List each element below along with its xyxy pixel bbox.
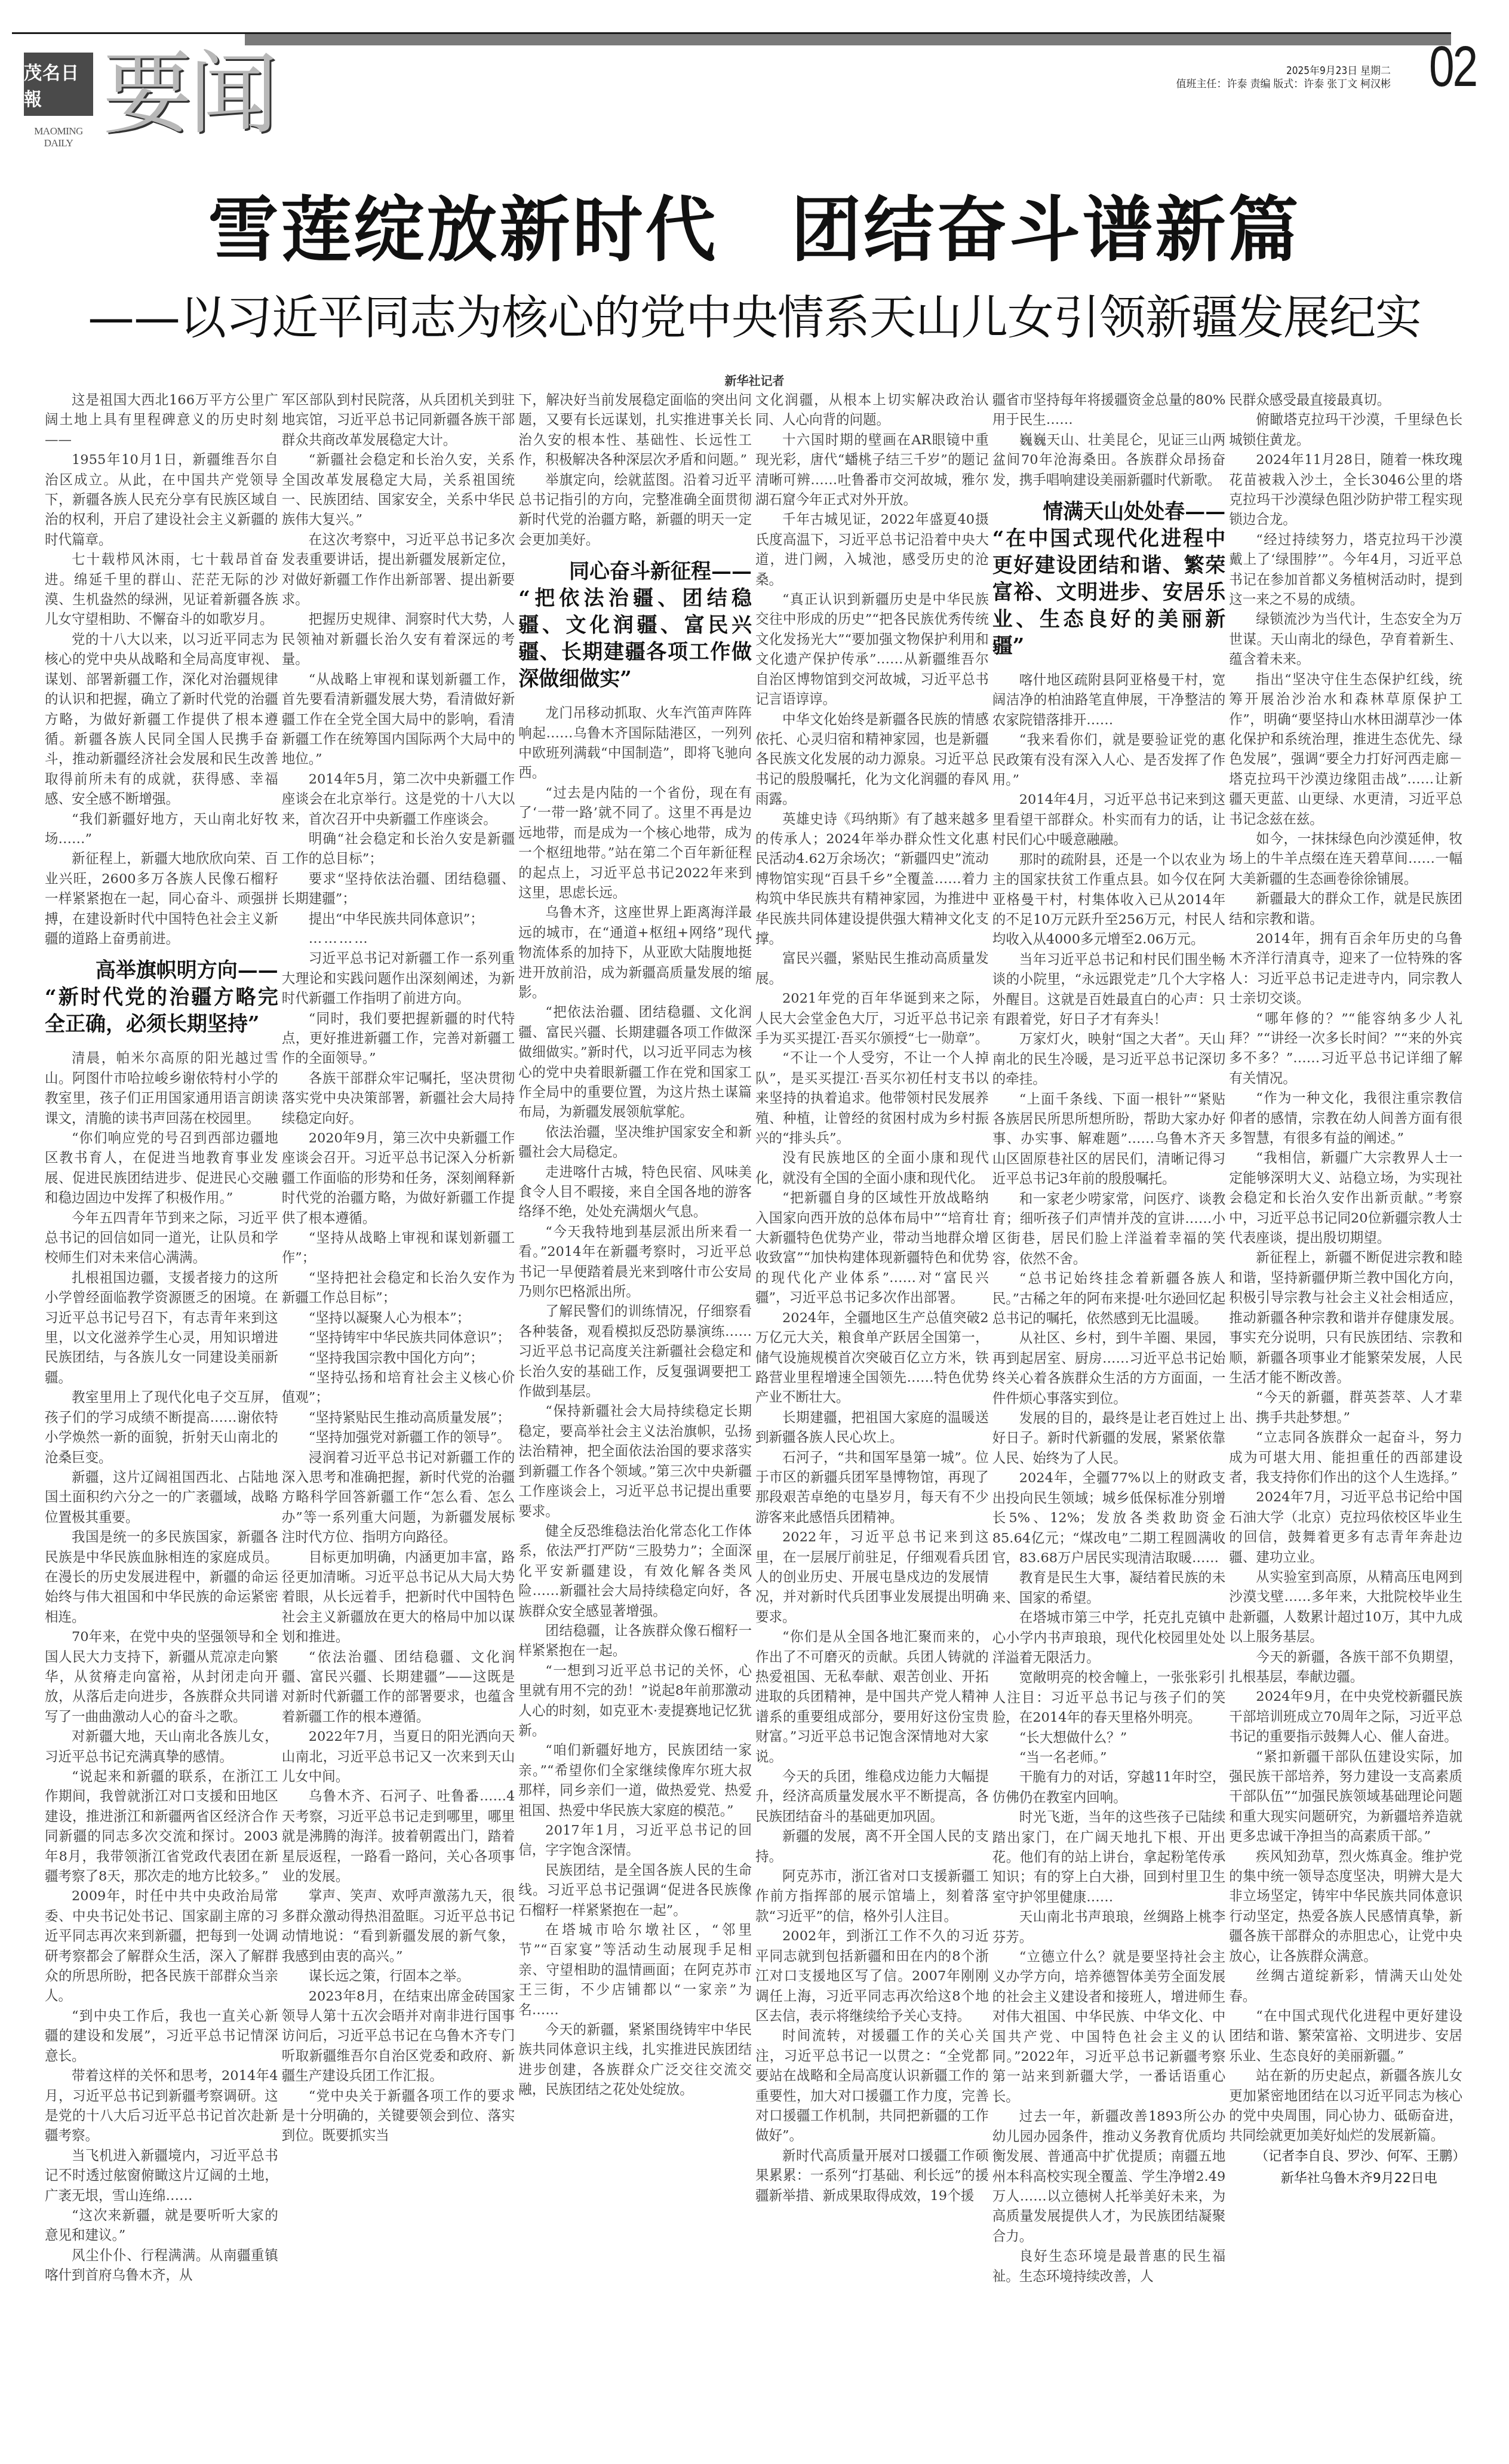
paragraph: 2014年，拥有百余年历史的乌鲁木齐洋行清真寺，迎来了一位特殊的客人：习近平总书… xyxy=(1229,929,1462,1009)
paragraph: “坚持把社会稳定和长治久安作为新疆工作总目标”； xyxy=(282,1268,515,1308)
paragraph: 新疆最大的群众工作，就是民族团结和宗教和谐。 xyxy=(1229,889,1462,929)
paragraph: 今年五四青年节到来之际，习近平总书记的回信如同一道光，让队员和学校师生们对未来信… xyxy=(45,1209,278,1268)
paragraph: 民群众感受最直接最真切。 xyxy=(1229,391,1462,410)
paragraph: 新征程上，新疆大地欣欣向荣、百业兴旺，2600多万各族人民像石榴籽一样紧紧抱在一… xyxy=(45,849,278,949)
paragraph: 下，解决好当前发展稳定面临的突出问题，又要有长远谋划，扎实推进事关长治久安的根本… xyxy=(518,391,752,471)
article-column-3: 下，解决好当前发展稳定面临的突出问题，又要有长远谋划，扎实推进事关长治久安的根本… xyxy=(517,391,754,2433)
paragraph: 走进喀什古城，特色民宿、风味美食令人目不暇接，来自全国各地的游客络绎不绝，处处充… xyxy=(518,1163,752,1222)
paragraph: 绿锁流沙为当代计，生态安全为万世谋。天山南北的绿色，孕育着新生、蕴含着未来。 xyxy=(1229,610,1462,669)
paragraph: 2024年，全疆77%以上的财政支出投向民生领域；城乡低保标准分别增长5%、12… xyxy=(992,1468,1226,1568)
paragraph: 干脆有力的对话，穿越11年时空，仿佛仍在教室内回响。 xyxy=(992,1768,1226,1808)
paragraph: 丝绸古道绽新彩，情满天山处处春。 xyxy=(1229,1967,1462,2007)
paragraph: 长期建疆，把祖国大家庭的温暖送到新疆各族人民心坎上。 xyxy=(755,1408,989,1448)
paragraph: 提出“中华民族共同体意识”； xyxy=(282,910,515,929)
paragraph: 没有民族地区的全面小康和现代化，就没有全国的全面小康和现代化。 xyxy=(755,1148,989,1188)
paragraph: 举旗定向，绘就蓝图。沿着习近平总书记指引的方向，完整准确全面贯彻新时代党的治疆方… xyxy=(518,471,752,551)
paragraph: 疆省市坚持每年将援疆资金总量的80%用于民生…… xyxy=(992,391,1226,431)
paragraph: 阿克苏市，浙江省对口支援新疆工作前方指挥部的展示馆墙上，刻着落款“习近平”的信，… xyxy=(755,1867,989,1927)
paragraph: 中华文化始终是新疆各民族的情感依托、心灵归宿和精神家园，也是新疆各民族文化发展的… xyxy=(755,710,989,810)
paragraph: 各族干部群众牢记嘱托，坚决贯彻落实党中央决策部署，新疆社会大局持续稳定向好。 xyxy=(282,1069,515,1129)
article-headline: 雪莲绽放新时代 团结奋斗谱新篇 xyxy=(0,191,1509,269)
section-heading: 情满天山处处春——“在中国式现代化进程中更好建设团结和谐、繁荣富裕、文明进步、安… xyxy=(992,499,1226,660)
logo-english: MAOMING DAILY xyxy=(24,125,93,149)
paragraph: 十六国时期的壁画在AR眼镜中重现光彩，唐代“蟠桃子结三千岁”的题记清晰可辨……吐… xyxy=(755,431,989,511)
paragraph: 2020年9月，第三次中央新疆工作座谈会召开。习近平总书记深入分析新疆工作面临的… xyxy=(282,1129,515,1228)
paragraph: 2024年，全疆地区生产总值突破2万亿元大关，粮食单产跃居全国第一，储气设施规模… xyxy=(755,1308,989,1408)
paragraph: 疾风知劲草，烈火炼真金。维护党的集中统一领导态度坚决，明辨大是大非立场坚定，铸牢… xyxy=(1229,1847,1462,1967)
masthead: 茂名日報 MAOMING DAILY 要闻 2025年9月23日 星期二 值班主… xyxy=(0,0,1509,143)
paragraph: 指出“坚决守住生态保护红线，统筹开展治沙治水和森林草原保护工作”，明确“要坚持山… xyxy=(1229,670,1462,829)
paragraph: “把依法治疆、团结稳疆、文化润疆、富民兴疆、长期建疆各项工作做深做细做实。”新时… xyxy=(518,1003,752,1122)
paragraph: “党中央关于新疆各项工作的要求是十分明确的，关键要领会到位、落实到位。既要抓实当 xyxy=(282,2087,515,2146)
paragraph: “同时，我们要把握新疆的时代特点，更好推进新疆工作，完善对新疆工作的全面领导。” xyxy=(282,1009,515,1069)
section-heading-quote: “新时代党的治疆方略完全正确，必须长期坚持” xyxy=(45,985,278,1036)
paragraph: 时间流转，对援疆工作的关心关注，习近平总书记一以贯之：“全党都要站在战略和全局高… xyxy=(755,2026,989,2146)
paragraph: 掌声、笑声、欢呼声激荡九天，很多群众激动得热泪盈眶。习近平总书记动情地说：“看到… xyxy=(282,1887,515,1967)
paragraph: “总书记始终挂念着新疆各族人民。”古稀之年的阿布来提·吐尔逊回忆起总书记的嘱托，… xyxy=(992,1269,1226,1329)
paragraph: 在塔城市哈尔墩社区，“邻里节”“百家宴”等活动生动展现手足相亲、守望相助的温情画… xyxy=(518,1921,752,2020)
paragraph: 当年习近平总书记和村民们围坐畅谈的小院里，“永远跟党走”几个大字格外醒目。这就是… xyxy=(992,950,1226,1030)
logo-text: 茂名日報 xyxy=(24,58,93,110)
paragraph: “坚持加强党对新疆工作的领导”。 xyxy=(282,1428,515,1448)
paragraph: 目标更加明确，内涵更加丰富，路径更加清晰。习近平总书记从大局大势着眼，从长远着手… xyxy=(282,1548,515,1648)
paragraph: “你们是从全国各地汇聚而来的，作出了不可磨灭的贡献。兵团人铸就的热爱祖国、无私奉… xyxy=(755,1627,989,1767)
paragraph: 和一家老少唠家常，问医疗、谈教育；细听孩子们声情并茂的宣讲……小区街巷，居民们脸… xyxy=(992,1190,1226,1270)
paragraph: 2002年，到浙江工作不久的习近平同志就到包括新疆和田在内的8个浙江对口支援地区… xyxy=(755,1927,989,2026)
paragraph: 富民兴疆，紧贴民生推动高质量发展。 xyxy=(755,949,989,989)
paragraph: 带着这样的关怀和思考，2014年4月，习近平总书记到新疆考察调研。这是党的十八大… xyxy=(45,2066,278,2146)
paragraph: 在这次考察中，习近平总书记多次发表重要讲话，提出新疆发展新定位，对做好新疆工作作… xyxy=(282,530,515,610)
paragraph: 文化润疆，从根本上切实解决政治认同、人心向背的问题。 xyxy=(755,391,989,431)
paragraph: 2009年，时任中共中央政治局常委、中央书记处书记、国家副主席的习近平同志再次来… xyxy=(45,1887,278,2006)
paragraph: “立德立什么？就是要坚持社会主义办学方向，培养德智体美劳全面发展的社会主义建设者… xyxy=(992,1947,1226,2107)
paragraph: “真正认识到新疆历史是中华民族交往中形成的历史”“把各民族优秀传统文化发扬光大”… xyxy=(755,590,989,709)
paragraph: 2024年11月28日，随着一株玫瑰花苗被栽入沙土，全长3046公里的塔克拉玛干… xyxy=(1229,450,1462,530)
paragraph: 从社区、乡村，到牛羊圈、果园，再到起居室、厨房……习近平总书记始终关心着各族群众… xyxy=(992,1329,1226,1409)
section-heading-lead: 高举旗帜明方向—— xyxy=(45,957,278,984)
paragraph: 时光飞逝，当年的这些孩子已陆续踏出家门，在广阔天地扎下根、开出花。他们有的站上讲… xyxy=(992,1808,1226,1907)
section-heading: 高举旗帜明方向——“新时代党的治疆方略完全正确，必须长期坚持” xyxy=(45,957,278,1038)
paragraph: 良好生态环境是最普惠的民生福祉。生态环境持续改善，人 xyxy=(992,2247,1226,2287)
article-column-5: 疆省市坚持每年将援疆资金总量的80%用于民生……巍巍天山、壮美昆仑，见证三山两盆… xyxy=(991,391,1228,2433)
paragraph: 过去一年，新疆改善1893所公办幼儿园办园条件，推动义务教育优质均衡发展、普通高… xyxy=(992,2107,1226,2247)
paragraph: 喀什地区疏附县阿亚格曼干村，宽阔洁净的柏油路笔直伸展，干净整洁的农家院错落排开…… xyxy=(992,671,1226,730)
paragraph: “从战略上审视和谋划新疆工作，首先要看清新疆发展大势，看清做好新疆工作在全党全国… xyxy=(282,670,515,770)
newspaper-logo: 茂名日報 xyxy=(24,53,93,116)
paragraph: 2022年7月，当夏日的阳光洒向天山南北，习近平总书记又一次来到天山儿女中间。 xyxy=(282,1727,515,1787)
paragraph: 万家灯火，映射“国之大者”。天山南北的民生冷暖，是习近平总书记深切的牵挂。 xyxy=(992,1030,1226,1089)
paragraph: “依法治疆、团结稳疆、文化润疆、富民兴疆、长期建疆”——这既是对新时代新疆工作的… xyxy=(282,1648,515,1728)
paragraph: 2022年，习近平总书记来到这里，在一层展厅前驻足，仔细观看兵团人的创业历史、开… xyxy=(755,1528,989,1627)
paragraph: “紧扣新疆干部队伍建设实际，加强民族干部培养，努力建设一支高素质干部队伍”“加强… xyxy=(1229,1747,1462,1847)
paragraph: “当一名老师。” xyxy=(992,1748,1226,1768)
paragraph: 今天的兵团，维稳戍边能力大幅提升，经济高质量发展水平不断提高，各民族团结奋斗的基… xyxy=(755,1767,989,1827)
paragraph: 乌鲁木齐，这座世界上距离海洋最远的城市，在“通道+枢纽+网络”现代物流体系的加持… xyxy=(518,903,752,1003)
paragraph: “哪年修的？”“能容纳多少人礼拜？”“讲经一次多长时间？”“来的外宾多不多？”…… xyxy=(1229,1009,1462,1089)
paragraph: “新疆社会稳定和长治久安，关系全国改革发展稳定大局，关系祖国统一、民族团结、国家… xyxy=(282,450,515,530)
paragraph: 新时代高质量开展对口援疆工作硕果累累：一系列“打基础、利长远”的援疆新举措、新成… xyxy=(755,2146,989,2206)
article-subheadline: ——以习近平同志为核心的党中央情系天山儿女引领新疆发展纪实 xyxy=(0,291,1509,345)
paragraph: “作为一种文化，我很注重宗教信仰者的感情，宗教在幼人间善方面有很多智慧，有很多有… xyxy=(1229,1089,1462,1148)
paragraph: 2014年4月，习近平总书记来到这里看望干部群众。朴实而有力的话，让村民们心中暖… xyxy=(992,790,1226,850)
paragraph: “在中国式现代化进程中更好建设团结和谐、繁荣富裕、文明进步、安居乐业、生态良好的… xyxy=(1229,2007,1462,2066)
paragraph: “把新疆自身的区域性开放战略纳入国家向西开放的总体布局中”“培育壮大新疆特色优势… xyxy=(755,1188,989,1308)
paragraph: “你们响应党的号召到西部边疆地区教书育人，在促进当地教育事业发展、促进民族团结进… xyxy=(45,1129,278,1209)
paragraph: 1955年10月1日，新疆维吾尔自治区成立。从此，在中国共产党领导下，新疆各族人… xyxy=(45,450,278,550)
paragraph: 宽敞明亮的校舍幢上，一张张彩引人注目：习近平总书记与孩子们的笑脸，在2014年的… xyxy=(992,1668,1226,1728)
paragraph: 对新疆大地，天山南北各族儿女，习近平总书记充满真挚的感情。 xyxy=(45,1727,278,1767)
paragraph: “到中央工作后，我也一直关心新疆的建设和发展”，习近平总书记情深意长。 xyxy=(45,2007,278,2066)
paragraph: “坚持铸牢中华民族共同体意识”； xyxy=(282,1328,515,1348)
paragraph: “保持新疆社会大局持续稳定长期稳定，要高举社会主义法治旗帜，弘扬法治精神，把全面… xyxy=(518,1402,752,1521)
paragraph: 站在新的历史起点，新疆各族儿女更加紧密地团结在以习近平同志为核心的党中央周围，同… xyxy=(1229,2066,1462,2146)
paragraph: 如今，一抹抹绿色向沙漠延伸，牧场上的牛羊点缀在连天碧草间……一幅大美新疆的生态画… xyxy=(1229,829,1462,889)
paragraph: 团结稳疆，让各族群众像石榴籽一样紧紧抱在一起。 xyxy=(518,1621,752,1661)
paragraph: 依法治疆，坚决维护国家安全和新疆社会大局稳定。 xyxy=(518,1123,752,1163)
paragraph: “坚持弘扬和培育社会主义核心价值观”； xyxy=(282,1368,515,1408)
paragraph: 新征程上，新疆不断促进宗教和睦和谐，坚持新疆伊斯兰教中国化方向，积极引导宗教与社… xyxy=(1229,1248,1462,1388)
paragraph: “我们新疆好地方，天山南北好牧场……” xyxy=(45,810,278,850)
section-title: 要闻 xyxy=(103,47,275,142)
paragraph: 教育是民生大事，凝结着民族的未来、国家的希望。 xyxy=(992,1568,1226,1608)
paragraph: “今天我特地到基层派出所来看一看。”2014年在新疆考察时，习近平总书记一早便踏… xyxy=(518,1222,752,1302)
section-heading-quote: “在中国式现代化进程中更好建设团结和谐、繁荣富裕、文明进步、安居乐业、生态良好的… xyxy=(992,527,1226,658)
article-column-2: 军区部队到村民院落，从兵团机关到驻地宾馆，习近平总书记同新疆各族干部群众共商改革… xyxy=(280,391,517,2433)
paragraph: “经过持续努力，塔克拉玛干沙漠戴上了‘绿围脖’”。今年4月，习近平总书记在参加首… xyxy=(1229,530,1462,610)
paragraph: “立志同各族群众一起奋斗，努力成为可堪大用、能担重任的西部建设者，我支持你们作出… xyxy=(1229,1428,1462,1488)
article-column-6: 民群众感受最直接最真切。俯瞰塔克拉玛干沙漠，千里绿色长城锁住黄龙。2024年11… xyxy=(1227,391,1464,2433)
paragraph: 2017年1月，习近平总书记的回信，字字饱含深情。 xyxy=(518,1821,752,1861)
paragraph: 那时的疏附县，还是一个以农业为主的国家扶贫工作重点县。如今仅在阿亚格曼干村，村集… xyxy=(992,850,1226,950)
paragraph: 70年来，在党中央的坚强领导和全国人民大力支持下，新疆从荒凉走向繁华，从贫瘠走向… xyxy=(45,1627,278,1727)
paragraph: 扎根祖国边疆，支援者接力的这所小学曾经面临教学资源匮乏的困境。在习近平总书记号召… xyxy=(45,1268,278,1388)
paragraph: 乌鲁木齐、石河子、吐鲁番……4天考察，习近平总书记走到哪里，哪里就是沸腾的海洋。… xyxy=(282,1787,515,1887)
paragraph: 了解民警们的训练情况，仔细察看各种装备，观看模拟反恐防暴演练……习近平总书记高度… xyxy=(518,1302,752,1402)
paragraph: “坚持我国宗教中国化方向”； xyxy=(282,1348,515,1368)
paragraph: 军区部队到村民院落，从兵团机关到驻地宾馆，习近平总书记同新疆各族干部群众共商改革… xyxy=(282,391,515,450)
paragraph: “今天的新疆，群英荟萃、人才辈出、携手共赴梦想。” xyxy=(1229,1388,1462,1428)
section-heading-quote: “把依法治疆、团结稳疆、文化润疆、富民兴疆、长期建疆各项工作做深做细做实” xyxy=(518,586,752,691)
paragraph: “一想到习近平总书记的关怀，心里就有用不完的劲！”说起8年前那激动人心的时刻，如… xyxy=(518,1661,752,1741)
paragraph: “我来看你们，就是要验证党的惠民政策有没有深入人心、是否发挥了作用。” xyxy=(992,730,1226,790)
paragraph: 清晨，帕米尔高原的阳光越过雪山。阿图什市哈拉峻乡谢依特村小学的教室里，孩子们正用… xyxy=(45,1049,278,1129)
paragraph: “坚持紧贴民生推动高质量发展”； xyxy=(282,1408,515,1428)
section-heading-lead: 同心奋斗新征程—— xyxy=(518,558,752,585)
article-body: 这是祖国大西北166万平方公里广阔土地上具有里程碑意义的历史时刻——1955年1… xyxy=(43,391,1464,2433)
paragraph: 巍巍天山、壮美昆仑，见证三山两盆间70年沧海桑田。各族群众昂扬奋发，携手唱响建设… xyxy=(992,431,1226,490)
paragraph: 天山南北书声琅琅，丝绸路上桃李芬芳。 xyxy=(992,1907,1226,1947)
paragraph: 2021年党的百年华诞到来之际，人民大会堂金色大厅，习近平总书记亲手为买买提江·… xyxy=(755,989,989,1049)
paragraph: 要求“坚持依法治疆、团结稳疆、长期建疆”； xyxy=(282,870,515,910)
paragraph: 2023年8月，在结束出席金砖国家领导人第十五次会晤并对南非进行国事访问后，习近… xyxy=(282,1987,515,2087)
paragraph: 新疆的发展，离不开全国人民的支持。 xyxy=(755,1827,989,1867)
paragraph: “不让一个人受穷，不让一个人掉队”，是买买提江·吾买尔初任村支书以来坚持的执着追… xyxy=(755,1049,989,1148)
paragraph: 在塔城市第三中学，托克扎克镇中心小学内书声琅琅，现代化校园里处处洋溢着无限活力。 xyxy=(992,1608,1226,1668)
paragraph: 谋长远之策，行固本之举。 xyxy=(282,1967,515,1986)
paragraph: 2014年5月，第二次中央新疆工作座谈会在北京举行。这是党的十八大以来，首次召开… xyxy=(282,770,515,829)
paragraph: 健全反恐维稳法治化常态化工作体系，依法严打严防“三股势力”；全面深化平安新疆建设… xyxy=(518,1522,752,1621)
paragraph: 发展的目的，最终是让老百姓过上好日子。新时代新疆的发展，紧紧依靠人民、始终为了人… xyxy=(992,1409,1226,1468)
paragraph: 这是祖国大西北166万平方公里广阔土地上具有里程碑意义的历史时刻—— xyxy=(45,391,278,450)
paragraph: 英雄史诗《玛纳斯》有了越来越多的传承人；2024年举办群众性文化惠民活动4.62… xyxy=(755,810,989,950)
paragraph: “坚持从战略上审视和谋划新疆工作”； xyxy=(282,1228,515,1268)
paragraph: “我相信，新疆广大宗教界人士一定能够深明大义、站稳立场，为实现社会稳定和长治久安… xyxy=(1229,1148,1462,1248)
editor-credits: 值班主任：许泰 责编 版式：许泰 张丁文 柯汉彬 xyxy=(1176,78,1391,91)
paragraph: 民族团结，是全国各族人民的生命线。习近平总书记强调“促进各民族像石榴籽一样紧紧抱… xyxy=(518,1861,752,1921)
paragraph: 石河子，“共和国军垦第一城”。位于市区的新疆兵团军垦博物馆，再现了那段艰苦卓绝的… xyxy=(755,1448,989,1528)
paragraph: “过去是内陆的一个省份，现在有了‘一带一路’就不同了。这里不再是边远地带，而是成… xyxy=(518,784,752,903)
paragraph: 风尘仆仆、行程满满。从南疆重镇喀什到首府乌鲁木齐，从 xyxy=(45,2246,278,2286)
paragraph: 从实验室到高原，从精高压电网到沙漠戈壁……多年来，大批院校毕业生赴新疆，人数累计… xyxy=(1229,1568,1462,1648)
paragraph: 今天的新疆，紧紧围绕铸牢中华民族共同体意识主线，扎实推进民族团结进步创建，各族群… xyxy=(518,2020,752,2100)
section-heading: 同心奋斗新征程——“把依法治疆、团结稳疆、文化润疆、富民兴疆、长期建疆各项工作做… xyxy=(518,558,752,693)
paragraph: 明确“社会稳定和长治久安是新疆工作的总目标”； xyxy=(282,829,515,870)
paragraph: 党的十八大以来，以习近平同志为核心的党中央从战略和全局高度审视、谋划、部署新疆工… xyxy=(45,630,278,810)
paragraph: 七十载栉风沐雨，七十载昂首奋进。绵延千里的群山、茫茫无际的沙漠、生机盎然的绿洲，… xyxy=(45,550,278,630)
dispatch-dateline: 新华社乌鲁木齐9月22日电 xyxy=(1229,2168,1462,2188)
paragraph: 我国是统一的多民族国家，新疆各民族是中华民族血脉相连的家庭成员。在漫长的历史发展… xyxy=(45,1528,278,1627)
section-heading-lead: 情满天山处处春—— xyxy=(992,499,1226,526)
page-number: 02 xyxy=(1429,37,1476,97)
paragraph: “长大想做什么？” xyxy=(992,1728,1226,1748)
paragraph: “说起来和新疆的联系，在浙江工作期间，我曾就浙江对口支援和田地区建设，推进浙江和… xyxy=(45,1767,278,1887)
header-gray-bar xyxy=(245,34,1451,45)
paragraph: 2024年7月，习近平总书记给中国石油大学（北京）克拉玛依校区毕业生的回信，鼓舞… xyxy=(1229,1488,1462,1568)
paragraph: 新疆，这片辽阔祖国西北、占陆地国土面积约六分之一的广袤疆域，战略位置极其重要。 xyxy=(45,1468,278,1528)
paragraph: “上面千条线、下面一根针”“紧贴各族居民所思所想所盼，帮助大家办好事、办实事、解… xyxy=(992,1090,1226,1190)
article-column-4: 文化润疆，从根本上切实解决政治认同、人心向背的问题。十六国时期的壁画在AR眼镜中… xyxy=(754,391,991,2433)
ellipsis-separator: ………… xyxy=(282,929,515,949)
paragraph: 千年古城见证，2022年盛夏40摄氏度高温下，习近平总书记沿着中央大道，进门阙，… xyxy=(755,510,989,590)
paragraph: 2024年9月，在中央党校新疆民族干部培训班成立70周年之际，习近平总书记的重要… xyxy=(1229,1687,1462,1747)
issue-info: 2025年9月23日 星期二 值班主任：许泰 责编 版式：许泰 张丁文 柯汉彬 xyxy=(1176,64,1391,91)
reporter-credit: （记者李自良、罗沙、何军、王鹏） xyxy=(1229,2146,1462,2166)
paragraph: “坚持以凝聚人心为根本”； xyxy=(282,1308,515,1328)
paragraph: “咱们新疆好地方，民族团结一家亲。”“希望你们全家继续像库尔班大叔那样，同乡亲们… xyxy=(518,1741,752,1821)
paragraph: 浸润着习近平总书记对新疆工作的深入思考和准确把握，新时代党的治疆方略科学回答新疆… xyxy=(282,1448,515,1548)
paragraph: 教室里用上了现代化电子交互屏，孩子们的学习成绩不断提高……谢依特小学焕然一新的面… xyxy=(45,1388,278,1468)
paragraph: 当飞机进入新疆境内，习近平总书记不时透过舷窗俯瞰这片辽阔的土地，广袤无垠，雪山连… xyxy=(45,2146,278,2206)
paragraph: 习近平总书记对新疆工作一系列重大理论和实践问题作出深刻阐述，为新时代新疆工作指明… xyxy=(282,949,515,1009)
paragraph: 今天的新疆，各族干部不负期望，扎根基层，奉献边疆。 xyxy=(1229,1648,1462,1688)
paragraph: 俯瞰塔克拉玛干沙漠，千里绿色长城锁住黄龙。 xyxy=(1229,410,1462,450)
article-column-1: 这是祖国大西北166万平方公里广阔土地上具有里程碑意义的历史时刻——1955年1… xyxy=(43,391,280,2433)
issue-date: 2025年9月23日 星期二 xyxy=(1176,64,1391,78)
article-byline: 新华社记者 xyxy=(0,371,1509,389)
paragraph: 把握历史规律、洞察时代大势，人民领袖对新疆长治久安有着深远的考量。 xyxy=(282,610,515,669)
paragraph: “这次来新疆，就是要听听大家的意见和建议。” xyxy=(45,2206,278,2246)
paragraph: 龙门吊移动抓取、火车汽笛声阵阵响起……乌鲁木齐国际陆港区，一列列中欧班列满载“中… xyxy=(518,703,752,784)
